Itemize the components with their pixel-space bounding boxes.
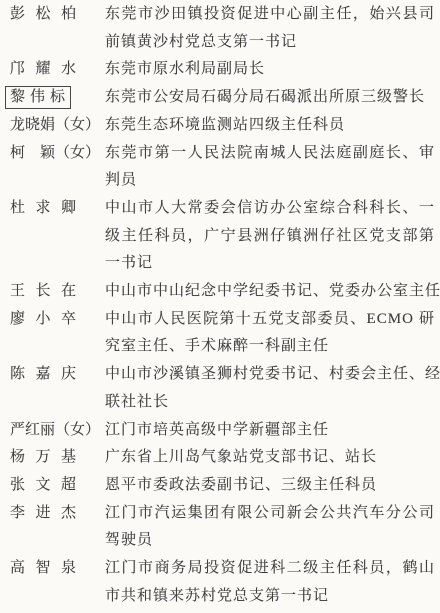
description-line: 市共和镇来苏村党总支第一书记 xyxy=(105,583,435,611)
highlight-box: 黎伟标 xyxy=(5,86,71,109)
person-row: 杜求卿 中山市人大常委会信访办公室综合科科长、一级主任科员，广宁县洲仔镇洲仔社区… xyxy=(10,195,440,278)
person-name: 彭松柏 xyxy=(10,1,105,29)
person-row: 柯 颖（女） 东莞市第一人民法院南城人民法庭副庭长、审判员 xyxy=(10,140,440,195)
person-description: 广东省上川岛气象站党支部书记、站长 xyxy=(105,444,435,472)
description-line: 一书记 xyxy=(105,250,435,278)
description-line: 江门市培英高级中学新疆部主任 xyxy=(105,417,435,445)
people-list: 彭松柏 东莞市沙田镇投资促进中心副主任，始兴县司前镇黄沙村党总支第一书记 邝耀水… xyxy=(10,1,440,610)
description-line: 中山市沙溪镇圣狮村党委书记、村委会主任、经 xyxy=(105,361,435,389)
person-row: 彭松柏 东莞市沙田镇投资促进中心副主任，始兴县司前镇黄沙村党总支第一书记 xyxy=(10,1,440,56)
person-row: 张文超 恩平市委政法委副书记、三级主任科员 xyxy=(10,472,440,500)
person-row: 严红丽（女） 江门市培英高级中学新疆部主任 xyxy=(10,417,440,445)
person-description: 东莞市第一人民法院南城人民法庭副庭长、审判员 xyxy=(105,140,435,195)
highlight-box: 邝耀水 xyxy=(10,61,87,77)
description-line: 中山市人民医院第十五党支部委员、ECMO 研 xyxy=(105,306,435,334)
person-name-text: 高智泉 xyxy=(10,560,87,576)
description-line: 中山市中山纪念中学纪委书记、党委办公室主任 xyxy=(105,278,435,306)
person-description: 东莞市原水利局副局长 xyxy=(105,56,435,84)
description-line: 前镇黄沙村党总支第一书记 xyxy=(105,29,435,57)
person-name: 高智泉 xyxy=(10,555,105,583)
person-description: 东莞市沙田镇投资促进中心副主任，始兴县司前镇黄沙村党总支第一书记 xyxy=(105,1,435,56)
person-name: 龙晓娟（女） xyxy=(10,112,105,140)
highlight-box: 张文超 xyxy=(10,477,87,493)
person-name-text: 张文超 xyxy=(10,477,87,493)
person-name-text: 杜求卿 xyxy=(10,200,87,216)
highlight-box: 杨万基 xyxy=(10,449,87,465)
person-name: 杜求卿 xyxy=(10,195,105,223)
person-name-text: 王长在 xyxy=(10,283,87,299)
highlight-box: 柯 颖（女） xyxy=(10,145,100,161)
person-description: 中山市沙溪镇圣狮村党委书记、村委会主任、经联社社长 xyxy=(105,361,435,416)
highlight-box: 廖小卒 xyxy=(10,311,87,327)
description-line: 究室主任、手术麻醉一科副主任 xyxy=(105,333,435,361)
person-name-text: 龙晓娟（女） xyxy=(10,117,100,133)
person-row: 龙晓娟（女） 东莞生态环境监测站四级主任科员 xyxy=(10,112,440,140)
person-name: 廖小卒 xyxy=(10,306,105,334)
person-row: 廖小卒 中山市人民医院第十五党支部委员、ECMO 研究室主任、手术麻醉一科副主任 xyxy=(10,306,440,361)
description-line: 东莞生态环境监测站四级主任科员 xyxy=(105,112,435,140)
person-name: 王长在 xyxy=(10,278,105,306)
person-name: 张文超 xyxy=(10,472,105,500)
description-line: 江门市汽运集团有限公司新会公共汽车分公司 xyxy=(105,500,435,528)
description-line: 恩平市委政法委副书记、三级主任科员 xyxy=(105,472,435,500)
person-name-text: 彭松柏 xyxy=(10,6,87,22)
person-name-text: 邝耀水 xyxy=(10,61,87,77)
description-line: 江门市商务局投资促进科二级主任科员，鹤山 xyxy=(105,555,435,583)
description-line: 中山市人大常委会信访办公室综合科科长、一 xyxy=(105,195,435,223)
person-name: 李进杰 xyxy=(10,500,105,528)
person-name-text: 李进杰 xyxy=(10,505,87,521)
description-line: 东莞市沙田镇投资促进中心副主任，始兴县司 xyxy=(105,1,435,29)
highlight-box: 杜求卿 xyxy=(10,200,87,216)
description-line: 东莞市原水利局副局长 xyxy=(105,56,435,84)
person-row: 杨万基 广东省上川岛气象站党支部书记、站长 xyxy=(10,444,440,472)
person-description: 中山市中山纪念中学纪委书记、党委办公室主任 xyxy=(105,278,435,306)
highlight-box: 龙晓娟（女） xyxy=(10,117,100,133)
highlight-box: 李进杰 xyxy=(10,505,87,521)
description-line: 驾驶员 xyxy=(105,527,435,555)
person-name: 陈嘉庆 xyxy=(10,361,105,389)
person-row: 黎伟标 东莞市公安局石碣分局石碣派出所原三级警长 xyxy=(10,84,440,112)
person-description: 东莞生态环境监测站四级主任科员 xyxy=(105,112,435,140)
highlight-box: 王长在 xyxy=(10,283,87,299)
person-name-text: 杨万基 xyxy=(10,449,87,465)
person-row: 高智泉 江门市商务局投资促进科二级主任科员，鹤山市共和镇来苏村党总支第一书记 xyxy=(10,555,440,610)
person-row: 李进杰 江门市汽运集团有限公司新会公共汽车分公司驾驶员 xyxy=(10,500,440,555)
person-name: 严红丽（女） xyxy=(10,417,105,445)
person-name: 黎伟标 xyxy=(10,84,105,112)
person-description: 恩平市委政法委副书记、三级主任科员 xyxy=(105,472,435,500)
person-name-text: 柯 颖（女） xyxy=(10,145,100,161)
person-description: 江门市商务局投资促进科二级主任科员，鹤山市共和镇来苏村党总支第一书记 xyxy=(105,555,435,610)
description-line: 联社社长 xyxy=(105,389,435,417)
description-line: 广东省上川岛气象站党支部书记、站长 xyxy=(105,444,435,472)
highlight-box: 陈嘉庆 xyxy=(10,366,87,382)
person-name-text: 陈嘉庆 xyxy=(10,366,87,382)
person-description: 东莞市公安局石碣分局石碣派出所原三级警长 xyxy=(105,84,435,112)
highlight-box: 彭松柏 xyxy=(10,6,87,22)
person-name-text: 严红丽（女） xyxy=(10,422,100,438)
person-row: 王长在 中山市中山纪念中学纪委书记、党委办公室主任 xyxy=(10,278,440,306)
person-name-text: 黎伟标 xyxy=(10,89,70,105)
person-name: 邝耀水 xyxy=(10,56,105,84)
description-line: 级主任科员，广宁县洲仔镇洲仔社区党支部第 xyxy=(105,223,435,251)
person-row: 陈嘉庆 中山市沙溪镇圣狮村党委书记、村委会主任、经联社社长 xyxy=(10,361,440,416)
person-description: 江门市培英高级中学新疆部主任 xyxy=(105,417,435,445)
person-description: 中山市人大常委会信访办公室综合科科长、一级主任科员，广宁县洲仔镇洲仔社区党支部第… xyxy=(105,195,435,278)
description-line: 判员 xyxy=(105,167,435,195)
person-description: 中山市人民医院第十五党支部委员、ECMO 研究室主任、手术麻醉一科副主任 xyxy=(105,306,435,361)
person-description: 江门市汽运集团有限公司新会公共汽车分公司驾驶员 xyxy=(105,500,435,555)
highlight-box: 高智泉 xyxy=(10,560,87,576)
person-name-text: 廖小卒 xyxy=(10,311,87,327)
document-page: 彭松柏 东莞市沙田镇投资促进中心副主任，始兴县司前镇黄沙村党总支第一书记 邝耀水… xyxy=(0,0,440,610)
person-name: 杨万基 xyxy=(10,444,105,472)
highlight-box: 严红丽（女） xyxy=(10,422,100,438)
description-line: 东莞市第一人民法院南城人民法庭副庭长、审 xyxy=(105,140,435,168)
person-row: 邝耀水 东莞市原水利局副局长 xyxy=(10,56,440,84)
person-name: 柯 颖（女） xyxy=(10,140,105,168)
description-line: 东莞市公安局石碣分局石碣派出所原三级警长 xyxy=(105,84,435,112)
